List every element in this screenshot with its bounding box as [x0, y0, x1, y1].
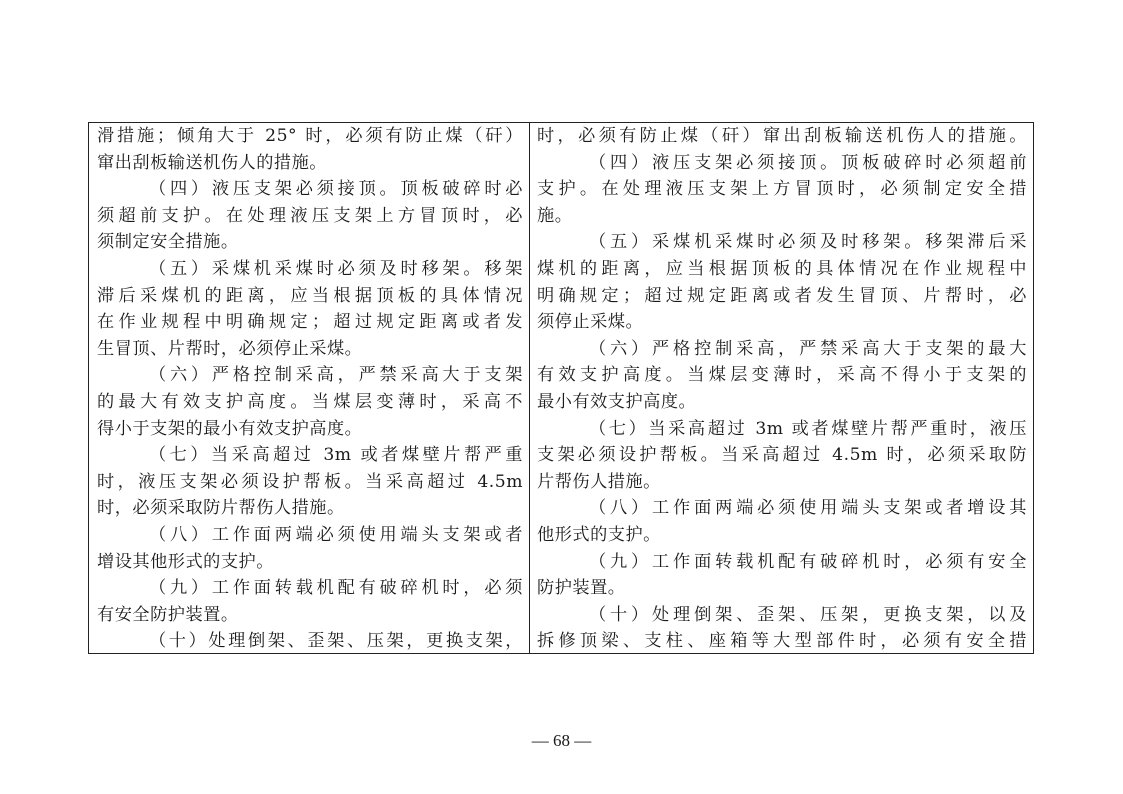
- text-line: （八）工作面两端必须使用端头支架或者增设其: [537, 495, 1027, 522]
- text-line: （九）工作面转载机配有破碎机时，必须有安全: [537, 549, 1027, 576]
- text-line: （九）工作面转载机配有破碎机时，必须: [97, 575, 523, 602]
- text-line: （六）严格控制采高，严禁采高大于支架: [97, 362, 523, 389]
- text-line: 须超前支护。在处理液压支架上方冒顶时，必: [97, 203, 523, 230]
- text-line: （十）处理倒架、歪架、压架，更换支架，以及: [537, 602, 1027, 629]
- text-line: 煤机的距离，应当根据顶板的具体情况在作业规程中: [537, 256, 1027, 283]
- text-line: 他形式的支护。: [537, 522, 1027, 549]
- text-line: 最小有效支护高度。: [537, 389, 1027, 416]
- text-line: 时，必须有防止煤（矸）窜出刮板输送机伤人的措施。: [537, 123, 1027, 150]
- text-line: 支护。在处理液压支架上方冒顶时，必须制定安全措: [537, 176, 1027, 203]
- text-line: 有效支护高度。当煤层变薄时，采高不得小于支架的: [537, 362, 1027, 389]
- text-line: 窜出刮板输送机伤人的措施。: [97, 150, 523, 177]
- text-line: （十）处理倒架、歪架、压架，更换支架，: [97, 628, 523, 653]
- text-line: （四）液压支架必须接顶。顶板破碎时必: [97, 176, 523, 203]
- text-line: （七）当采高超过 3m 或者煤壁片帮严重: [97, 442, 523, 469]
- right-column: 时，必须有防止煤（矸）窜出刮板输送机伤人的措施。（四）液压支架必须接顶。顶板破碎…: [530, 123, 1033, 653]
- text-line: 时，液压支架必须设护帮板。当采高超过 4.5m: [97, 469, 523, 496]
- text-line: 滞后采煤机的距离，应当根据顶板的具体情况: [97, 283, 523, 310]
- text-line: 须制定安全措施。: [97, 229, 523, 256]
- left-column: 滑措施；倾角大于 25° 时，必须有防止煤（矸）窜出刮板输送机伤人的措施。（四）…: [89, 123, 530, 653]
- text-line: 片帮伤人措施。: [537, 469, 1027, 496]
- text-line: （五）采煤机采煤时必须及时移架。移架: [97, 256, 523, 283]
- text-line: 拆修顶梁、支柱、座箱等大型部件时，必须有安全措: [537, 628, 1027, 653]
- text-line: 施。: [537, 203, 1027, 230]
- text-line: 时，必须采取防片帮伤人措施。: [97, 495, 523, 522]
- text-line: 须停止采煤。: [537, 309, 1027, 336]
- text-line: 防护装置。: [537, 575, 1027, 602]
- text-line: （六）严格控制采高，严禁采高大于支架的最大: [537, 336, 1027, 363]
- comparison-table: 滑措施；倾角大于 25° 时，必须有防止煤（矸）窜出刮板输送机伤人的措施。（四）…: [88, 122, 1034, 654]
- text-line: 生冒顶、片帮时，必须停止采煤。: [97, 336, 523, 363]
- text-line: 滑措施；倾角大于 25° 时，必须有防止煤（矸）: [97, 123, 523, 150]
- text-line: 明确规定；超过规定距离或者发生冒顶、片帮时，必: [537, 283, 1027, 310]
- text-line: 得小于支架的最小有效支护高度。: [97, 416, 523, 443]
- text-line: 有安全防护装置。: [97, 602, 523, 629]
- text-line: （七）当采高超过 3m 或者煤壁片帮严重时，液压: [537, 416, 1027, 443]
- text-line: 增设其他形式的支护。: [97, 549, 523, 576]
- text-line: 的最大有效支护高度。当煤层变薄时，采高不: [97, 389, 523, 416]
- text-line: 在作业规程中明确规定；超过规定距离或者发: [97, 309, 523, 336]
- text-line: （八）工作面两端必须使用端头支架或者: [97, 522, 523, 549]
- text-line: （四）液压支架必须接顶。顶板破碎时必须超前: [537, 150, 1027, 177]
- page-number: — 68 —: [0, 731, 1123, 751]
- text-line: 支架必须设护帮板。当采高超过 4.5m 时，必须采取防: [537, 442, 1027, 469]
- text-line: （五）采煤机采煤时必须及时移架。移架滞后采: [537, 229, 1027, 256]
